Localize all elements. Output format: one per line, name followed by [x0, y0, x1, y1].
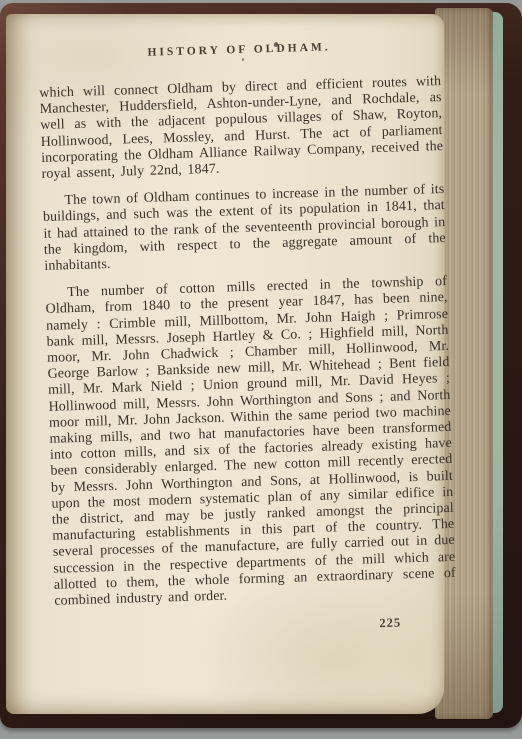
- book-page: HISTORY OF OLDHAM. which will connect Ol…: [6, 14, 444, 714]
- running-header: HISTORY OF OLDHAM.: [38, 38, 440, 62]
- paragraph-cotton-mills: The number of cotton mills erected in th…: [45, 274, 456, 610]
- paragraph-railway: which will connect Oldham by direct and …: [39, 74, 444, 183]
- page-number: 225: [55, 614, 457, 641]
- page-text: HISTORY OF OLDHAM. which will connect Ol…: [38, 38, 457, 641]
- book-photo: HISTORY OF OLDHAM. which will connect Ol…: [0, 0, 522, 739]
- paragraph-town-growth: The town of Oldham continues to increase…: [42, 182, 446, 275]
